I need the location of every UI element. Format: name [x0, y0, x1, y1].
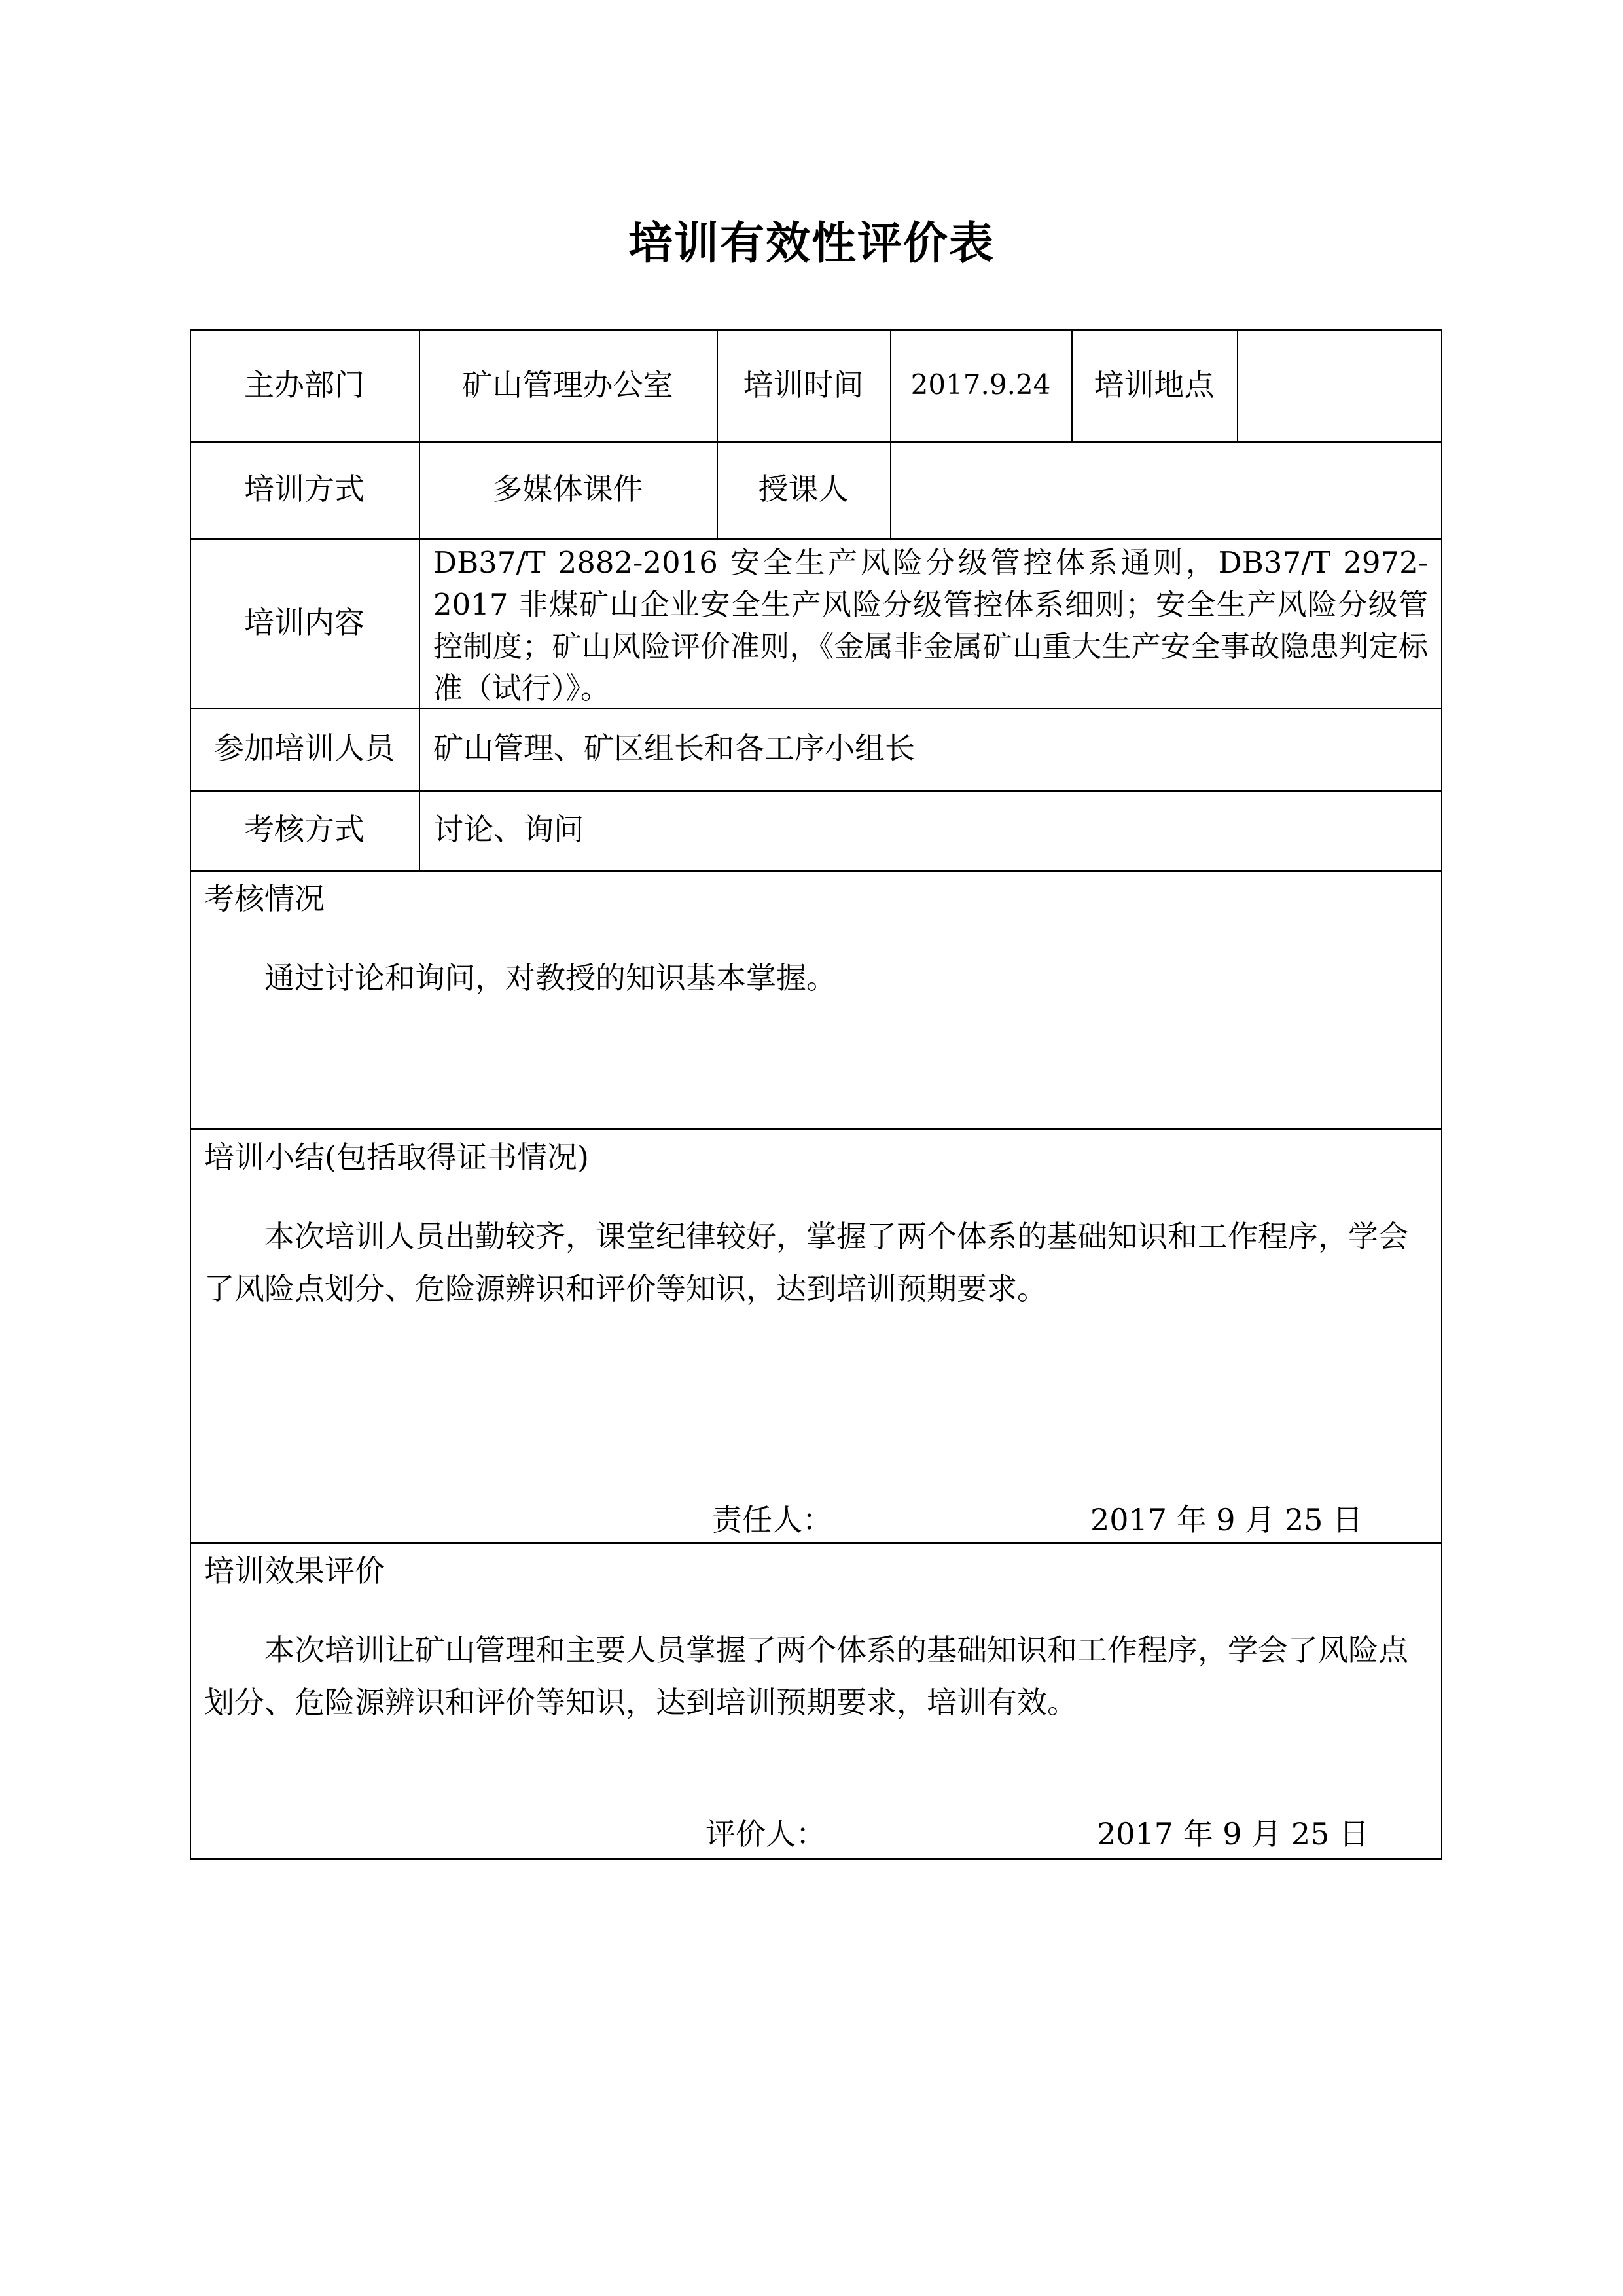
summary-date: 2017 年 9 月 25 日 [1090, 1496, 1363, 1539]
summary-heading: 培训小结(包括取得证书情况) [204, 1134, 589, 1177]
time-label: 培训时间 [717, 329, 890, 441]
participants-label: 参加培训人员 [190, 708, 419, 790]
training-summary-section: 培训小结(包括取得证书情况) 本次培训人员出勤较齐，课堂纪律较好，掌握了两个体系… [190, 1128, 1442, 1542]
assessment-result-section: 考核情况 通过讨论和询问，对教授的知识基本掌握。 [190, 870, 1442, 1128]
evaluation-signer-label: 评价人： [705, 1810, 826, 1854]
teacher-label: 授课人 [717, 441, 890, 538]
evaluation-date: 2017 年 9 月 25 日 [1097, 1810, 1369, 1854]
training-evaluation-section: 培训效果评价 本次培训让矿山管理和主要人员掌握了两个体系的基础知识和工作程序，学… [190, 1542, 1442, 1860]
participants-value: 矿山管理、矿区组长和各工序小组长 [419, 708, 1442, 790]
teacher-value[interactable] [890, 441, 1442, 538]
evaluation-form-table: 主办部门 矿山管理办公室 培训时间 2017.9.24 培训地点 培训方式 多媒… [190, 329, 1442, 1860]
dept-label: 主办部门 [190, 329, 419, 441]
time-value: 2017.9.24 [890, 329, 1071, 441]
summary-signer-label: 责任人： [712, 1496, 832, 1539]
assessment-method-label: 考核方式 [190, 790, 419, 870]
page-title: 培训有效性评价表 [0, 208, 1623, 272]
evaluation-text: 本次培训让矿山管理和主要人员掌握了两个体系的基础知识和工作程序，学会了风险点划分… [204, 1624, 1416, 1729]
assessment-result-heading: 考核情况 [204, 875, 325, 918]
assessment-result-text: 通过讨论和询问，对教授的知识基本掌握。 [204, 952, 1416, 1004]
evaluation-heading: 培训效果评价 [204, 1547, 385, 1590]
summary-text: 本次培训人员出勤较齐，课堂纪律较好，掌握了两个体系的基础知识和工作程序，学会了风… [204, 1210, 1416, 1315]
content-label: 培训内容 [190, 538, 419, 708]
place-value[interactable] [1237, 329, 1442, 441]
assessment-method-value: 讨论、询问 [419, 790, 1442, 870]
content-value: DB37/T 2882-2016 安全生产风险分级管控体系通则，DB37/T 2… [419, 538, 1442, 708]
dept-value: 矿山管理办公室 [419, 329, 717, 441]
method-value: 多媒体课件 [419, 441, 717, 538]
place-label: 培训地点 [1071, 329, 1237, 441]
method-label: 培训方式 [190, 441, 419, 538]
